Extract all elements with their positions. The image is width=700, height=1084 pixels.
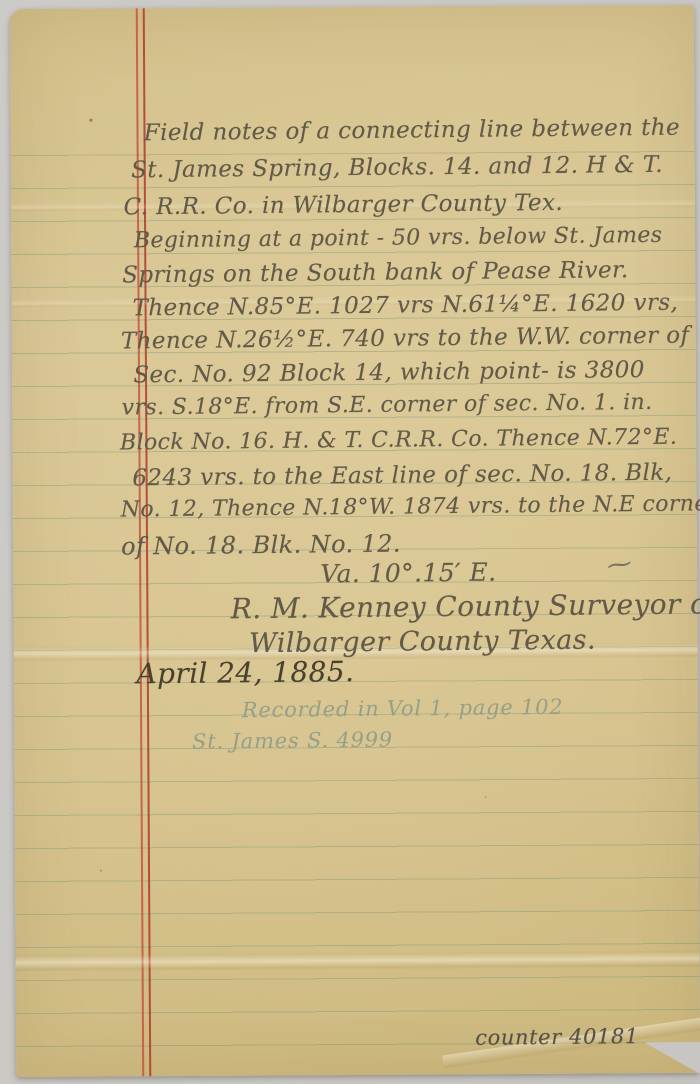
handwritten-line: St. James Spring, Blocks. 14. and 12. H … — [131, 154, 663, 183]
date-line: April 24, 1885. — [136, 658, 354, 688]
handwritten-line: Thence N.26½°E. 740 vrs to the W.W. corn… — [121, 324, 690, 353]
variation-line: Va. 10°.15′ E. — [320, 560, 496, 587]
handwritten-line: Beginning at a point - 50 vrs. below St.… — [134, 225, 663, 253]
handwritten-line: of No. 18. Blk. No. 12. — [121, 532, 401, 559]
handwritten-line: Block No. 16. H. & T. C.R.R. Co. Thence … — [120, 427, 677, 455]
pencil-note-file: St. James S. 4999 — [192, 730, 393, 753]
photo-background: Field notes of a connecting line between… — [0, 0, 700, 1084]
handwritten-line: Springs on the South bank of Pease River… — [122, 259, 629, 287]
handwritten-text-layer: Field notes of a connecting line between… — [7, 3, 700, 1078]
handwritten-line: C. R.R. Co. in Wilbarger County Tex. — [123, 192, 563, 220]
pencil-check-mark: ∼ — [603, 550, 637, 578]
cut-corner — [645, 1042, 700, 1074]
handwritten-line: Sec. No. 92 Block 14, which point- is 38… — [133, 359, 645, 387]
document-page: Field notes of a connecting line between… — [10, 5, 700, 1077]
handwritten-line: Field notes of a connecting line between… — [144, 117, 680, 146]
counter-number: counter 40181 — [475, 1026, 639, 1049]
handwritten-line: vrs. S.18°E. from S.E. corner of sec. No… — [121, 392, 652, 420]
handwritten-line: 6243 vrs. to the East line of sec. No. 1… — [132, 462, 672, 491]
pencil-note-recorded: Recorded in Vol 1, page 102 — [242, 697, 564, 721]
surveyor-signature: R. M. Kenney County Surveyor of — [231, 590, 700, 623]
handwritten-line: Thence N.85°E. 1027 vrs N.61¼°E. 1620 vr… — [132, 292, 678, 321]
handwritten-line: No. 12, Thence N.18°W. 1874 vrs. to the … — [121, 493, 700, 521]
surveyor-signature: Wilbarger County Texas. — [249, 626, 596, 657]
